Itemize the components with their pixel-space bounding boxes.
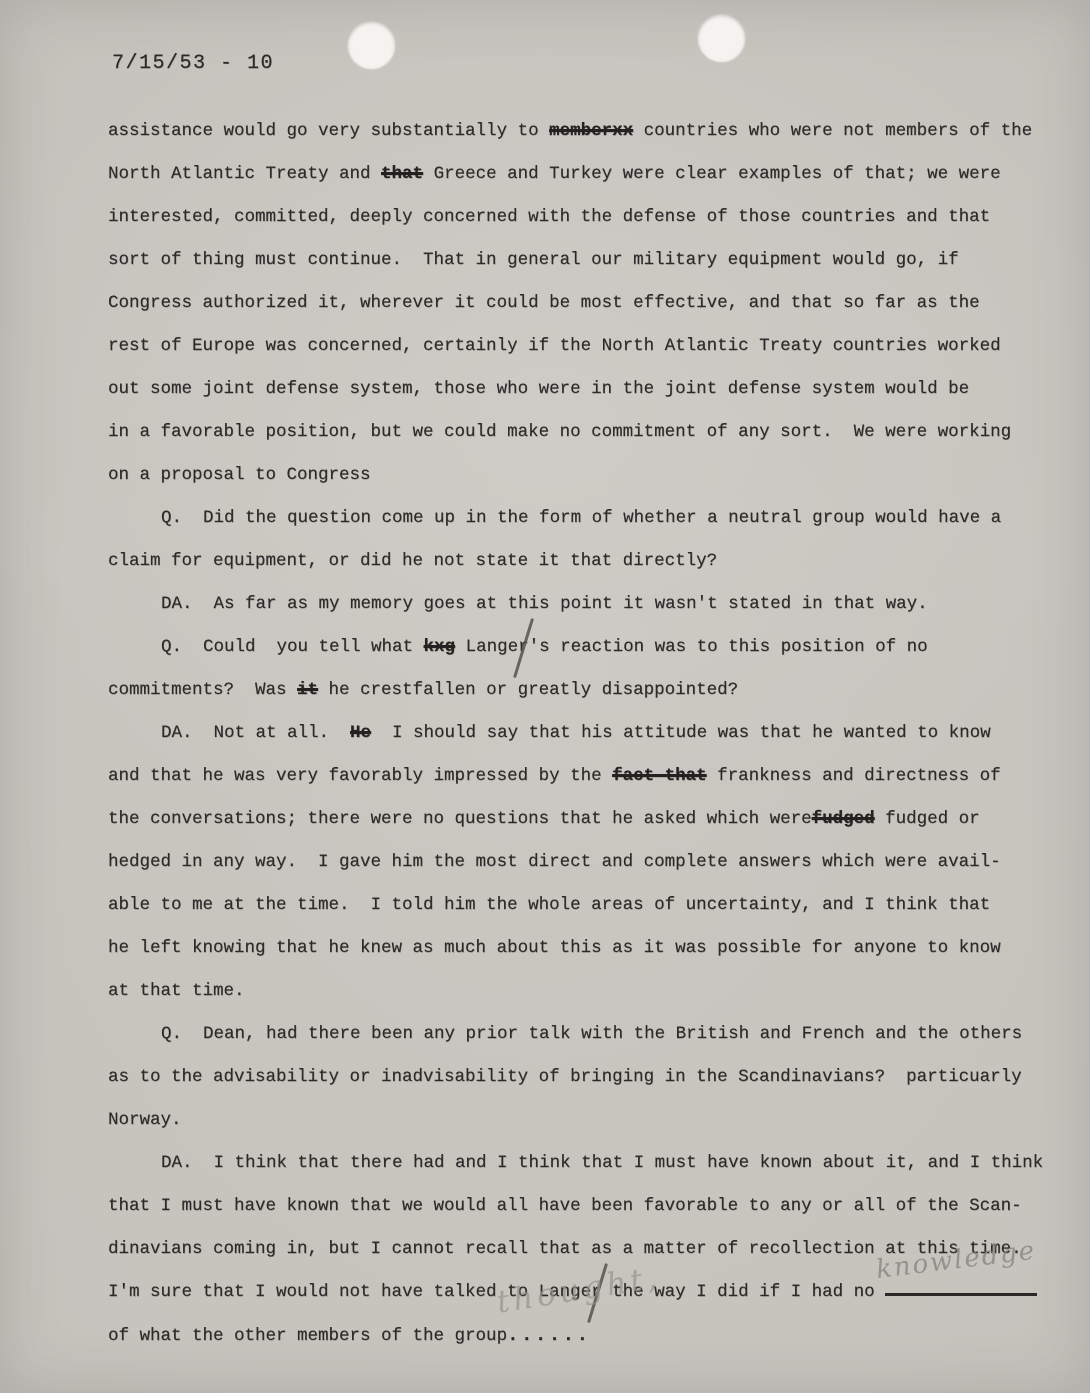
text-segment: Q. Dean, had there been any prior talk w… bbox=[161, 1024, 1022, 1044]
pencil-slashed-letter: r bbox=[518, 626, 529, 669]
strikethrough-text: fact that bbox=[612, 766, 707, 786]
paragraph: Q. Did the question come up in the form … bbox=[108, 497, 1058, 583]
text-segment: at that time. bbox=[108, 981, 245, 1001]
text-line: as to the advisability or inadvisability… bbox=[108, 1056, 1058, 1099]
text-segment: assistance would go very substantially t… bbox=[108, 121, 549, 141]
text-line: at that time. bbox=[108, 970, 1058, 1013]
text-line: hedged in any way. I gave him the most d… bbox=[108, 841, 1058, 884]
paragraph: assistance would go very substantially t… bbox=[108, 110, 1058, 497]
text-line: of what the other members of the group..… bbox=[108, 1314, 1058, 1357]
text-line: the conversations; there were no questio… bbox=[108, 798, 1058, 841]
text-line: he left knowing that he knew as much abo… bbox=[108, 927, 1058, 970]
text-segment: as to the advisability or inadvisability… bbox=[108, 1067, 1022, 1087]
date-page-header: 7/15/53 - 10 bbox=[112, 52, 274, 75]
text-line: North Atlantic Treaty and that Greece an… bbox=[108, 153, 1058, 196]
paragraph: DA. Not at all. He I should say that his… bbox=[108, 712, 1058, 1013]
text-line: able to me at the time. I told him the w… bbox=[108, 884, 1058, 927]
strikethrough-text: He bbox=[350, 723, 371, 743]
text-segment: on a proposal to Congress bbox=[108, 465, 371, 485]
text-segment: Norway. bbox=[108, 1110, 182, 1130]
text-segment: hedged in any way. I gave him the most d… bbox=[108, 852, 1001, 872]
text-segment: fudged or bbox=[875, 809, 980, 829]
text-segment: and that he was very favorably impressed… bbox=[108, 766, 612, 786]
text-line: DA. I think that there had and I think t… bbox=[108, 1142, 1058, 1185]
strikethrough-text: that bbox=[381, 164, 423, 184]
text-line: in a favorable position, but we could ma… bbox=[108, 411, 1058, 454]
text-segment: Lange bbox=[455, 637, 518, 657]
text-segment: DA. As far as my memory goes at this poi… bbox=[161, 594, 928, 614]
paragraph: DA. As far as my memory goes at this poi… bbox=[108, 583, 1058, 626]
document-body: assistance would go very substantially t… bbox=[108, 110, 1058, 1357]
text-line: Q. Dean, had there been any prior talk w… bbox=[108, 1013, 1058, 1056]
text-segment: DA. I think that there had and I think t… bbox=[161, 1153, 1043, 1173]
text-segment: claim for equipment, or did he not state… bbox=[108, 551, 717, 571]
text-line: that I must have known that we would all… bbox=[108, 1185, 1058, 1228]
paragraph: Q. Dean, had there been any prior talk w… bbox=[108, 1013, 1058, 1142]
text-segment: in a favorable position, but we could ma… bbox=[108, 422, 1011, 442]
strikethrough-text: kxg bbox=[424, 637, 456, 657]
hole-punch-icon bbox=[698, 15, 745, 62]
scanned-transcript-page: { "page": { "header": "7/15/53 - 10", "p… bbox=[0, 0, 1090, 1393]
text-line: sort of thing must continue. That in gen… bbox=[108, 239, 1058, 282]
text-line: DA. As far as my memory goes at this poi… bbox=[108, 583, 1058, 626]
text-segment: DA. Not at all. bbox=[161, 723, 350, 743]
text-segment: Q. Did the question come up in the form … bbox=[161, 508, 1001, 528]
text-segment: able to me at the time. I told him the w… bbox=[108, 895, 990, 915]
text-line: on a proposal to Congress bbox=[108, 454, 1058, 497]
paragraph: DA. I think that there had and I think t… bbox=[108, 1142, 1058, 1357]
text-line: Congress authorized it, wherever it coul… bbox=[108, 282, 1058, 325]
text-segment: Q. Could you tell what bbox=[161, 637, 424, 657]
text-segment: sort of thing must continue. That in gen… bbox=[108, 250, 959, 270]
blank-underline: knowledge bbox=[885, 1276, 1037, 1297]
text-segment: Congress authorized it, wherever it coul… bbox=[108, 293, 980, 313]
text-segment: 's reaction was to this position of no bbox=[529, 637, 928, 657]
text-line: claim for equipment, or did he not state… bbox=[108, 540, 1058, 583]
text-line: Q. Could you tell what kxg Langer's reac… bbox=[108, 626, 1058, 669]
text-line: assistance would go very substantially t… bbox=[108, 110, 1058, 153]
text-segment: out some joint defense system, those who… bbox=[108, 379, 969, 399]
text-segment: he crestfallen or greatly disappointed? bbox=[318, 680, 738, 700]
text-line: Norway. bbox=[108, 1099, 1058, 1142]
text-segment: interested, committed, deeply concerned … bbox=[108, 207, 990, 227]
text-segment: the conversations; there were no questio… bbox=[108, 809, 812, 829]
paragraph: Q. Could you tell what kxg Langer's reac… bbox=[108, 626, 1058, 712]
text-line: interested, committed, deeply concerned … bbox=[108, 196, 1058, 239]
text-line: commitments? Was it he crestfallen or gr… bbox=[108, 669, 1058, 712]
text-segment: that I must have known that we would all… bbox=[108, 1196, 1022, 1216]
strikethrough-text: fudged bbox=[812, 809, 875, 829]
text-segment: of what the other members of the group bbox=[108, 1326, 507, 1346]
text-line: and that he was very favorably impressed… bbox=[108, 755, 1058, 798]
text-line: rest of Europe was concerned, certainly … bbox=[108, 325, 1058, 368]
text-segment: I should say that his attitude was that … bbox=[371, 723, 991, 743]
text-segment: Greece and Turkey were clear examples of… bbox=[423, 164, 1001, 184]
text-segment: North Atlantic Treaty and bbox=[108, 164, 381, 184]
text-segment: rest of Europe was concerned, certainly … bbox=[108, 336, 1001, 356]
text-segment: he left knowing that he knew as much abo… bbox=[108, 938, 1001, 958]
strikethrough-text: it bbox=[297, 680, 318, 700]
text-segment: frankness and directness of bbox=[707, 766, 1001, 786]
text-segment: countries who were not members of the bbox=[633, 121, 1032, 141]
text-line: DA. Not at all. He I should say that his… bbox=[108, 712, 1058, 755]
text-line: out some joint defense system, those who… bbox=[108, 368, 1058, 411]
ellipsis-dots: ...... bbox=[507, 1324, 590, 1346]
hole-punch-icon bbox=[348, 22, 395, 69]
text-segment: commitments? Was bbox=[108, 680, 297, 700]
strikethrough-text: memberxx bbox=[549, 121, 633, 141]
text-line: Q. Did the question come up in the form … bbox=[108, 497, 1058, 540]
